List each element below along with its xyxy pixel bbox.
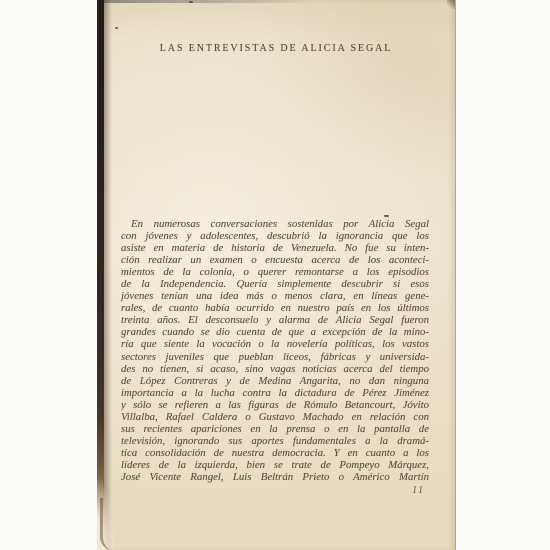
book-page: LAS ENTREVISTAS DE ALICIA SEGAL En numer… — [97, 0, 456, 550]
text-line: treinta años. El desconsuelo y alarma de… — [121, 314, 429, 326]
text-line: tica consolidación de nuestra democracia… — [121, 447, 429, 459]
text-line: ción realizar un examen o encuesta acerc… — [121, 254, 429, 266]
page-curl-crease — [100, 498, 113, 550]
body-text: En numerosas conversaciones sostenidas p… — [121, 218, 429, 483]
text-line: José Vicente Rangel, Luis Beltrán Prieto… — [121, 471, 429, 483]
text-line: des no tienen, si acaso, sino vagas noti… — [121, 363, 429, 375]
page-top-edge-shadow — [97, 0, 319, 3]
text-line: y sólo se refieren a las figuras de Rómu… — [121, 399, 429, 411]
scan-speck — [384, 215, 389, 217]
page-number: 11 — [412, 485, 425, 496]
text-line: mientos de la colonia, o querer remontar… — [121, 266, 429, 278]
text-line: sus recientes apariciones en la prensa o… — [121, 423, 429, 435]
text-line: ría que siente la vocación o la novelerí… — [121, 338, 429, 350]
scanned-book-photo: LAS ENTREVISTAS DE ALICIA SEGAL En numer… — [0, 0, 550, 550]
text-line: grandes cuando se dio cuenta de que a ex… — [121, 326, 429, 338]
text-line: rales, de cuanto había ocurrido en nuest… — [121, 302, 429, 314]
text-line: de la Independencia. Quería simplemente … — [121, 278, 429, 290]
text-line: En numerosas conversaciones sostenidas p… — [121, 218, 429, 230]
book-spine-shadow — [97, 0, 104, 550]
text-line: jóvenes tenían una idea más o menos clar… — [121, 290, 429, 302]
scan-speck — [115, 27, 118, 29]
text-line: con jóvenes y adolescentes, descubrió la… — [121, 230, 429, 242]
book-spine-shadow-fade — [104, 0, 112, 550]
text-line: de López Contreras y de Medina Angarita,… — [121, 375, 429, 387]
text-line: líderes de la izquierda, bien se trate d… — [121, 459, 429, 471]
text-line: sectores juveniles que pueblan liceos, f… — [121, 351, 429, 363]
scan-speck — [189, 1, 193, 3]
text-line: importancia a la lucha contra la dictadu… — [121, 387, 429, 399]
running-head-title: LAS ENTREVISTAS DE ALICIA SEGAL — [97, 43, 455, 54]
text-line: televisión, ignorando sus aportes fundam… — [121, 435, 429, 447]
text-line: Villalba, Rafael Caldera o Gustavo Macha… — [121, 411, 429, 423]
page-corner-shadow — [447, 0, 455, 9]
text-line: asiste en materia de historia de Venezue… — [121, 242, 429, 254]
